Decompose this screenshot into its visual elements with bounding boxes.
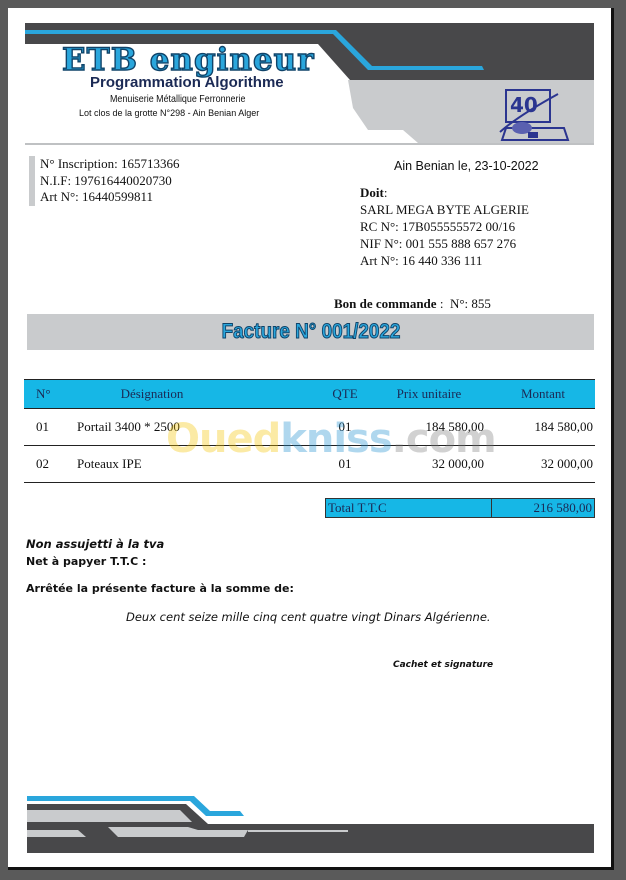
doit-label: Doit: [360, 185, 387, 201]
tagline: Programmation Algorithme [90, 74, 284, 91]
signature-label: Cachet et signature [393, 660, 493, 670]
tva-note: Non assujetti à la tva [26, 537, 164, 551]
company-address: Lot clos de la grotte N°298 - Ain Benian… [79, 108, 259, 118]
brand-name: ETB engineur [62, 42, 315, 78]
col-designation: Désignation [75, 380, 317, 409]
watermark: Ouedkniss.com [166, 416, 496, 462]
col-unit-price: Prix unitaire [373, 380, 492, 409]
net-label: Net à papyer T.T.C : [26, 555, 146, 568]
total-label: Total T.T.C [326, 499, 492, 517]
total-value: 216 580,00 [492, 499, 594, 517]
row-amount: 32 000,00 [492, 446, 595, 483]
client-rc: RC N°: 17B055555572 00/16 [360, 219, 515, 235]
order-reference: Bon de commande : N°: 855 [334, 296, 491, 312]
col-no: N° [24, 380, 75, 409]
client-nif: NIF N°: 001 555 888 657 276 [360, 236, 516, 252]
invoice-title: Facture N° 001/2022 [38, 314, 583, 350]
arrete-text: Arrêtée la présente facture à la somme d… [26, 582, 294, 595]
invoice-date: Ain Benian le, 23-10-2022 [394, 159, 539, 173]
client-art: Art N°: 16 440 336 111 [360, 253, 482, 269]
issuer-bar [29, 156, 35, 206]
total-box: Total T.T.C 216 580,00 [325, 498, 595, 518]
activity: Menuiserie Métallique Ferronnerie [110, 93, 245, 105]
issuer-nif: N.I.F: 197616440020730 [40, 173, 172, 189]
col-amount: Montant [492, 380, 595, 409]
col-qte: QTE [317, 380, 373, 409]
client-name: SARL MEGA BYTE ALGERIE [360, 202, 529, 218]
footer-decoration [8, 778, 614, 858]
row-amount: 184 580,00 [492, 409, 595, 446]
invoice-page: 40 ETB engineur Programmation Algorithme… [8, 8, 614, 870]
amount-in-words: Deux cent seize mille cinq cent quatre v… [126, 610, 491, 624]
laptop-logo-icon: 40 [498, 86, 570, 144]
row-no: 01 [24, 409, 75, 446]
table-header: N° Désignation QTE Prix unitaire Montant [24, 380, 595, 409]
issuer-inscription: N° Inscription: 165713366 [40, 156, 180, 172]
issuer-art: Art N°: 16440599811 [40, 189, 153, 205]
row-no: 02 [24, 446, 75, 483]
